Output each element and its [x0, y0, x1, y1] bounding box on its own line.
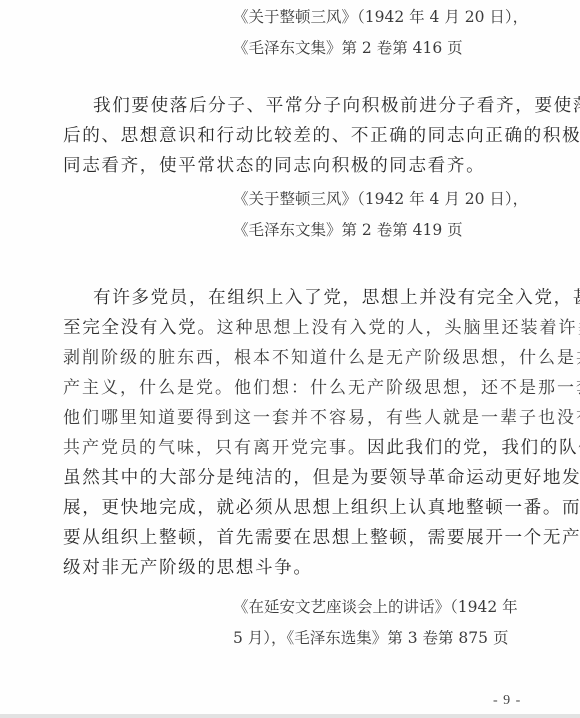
citation-block: 《在延安文艺座谈会上的讲话》（1942 年 5 月），《毛泽东选集》第 3 卷第…	[233, 592, 553, 654]
citation-block: 《关于整顿三风》（1942 年 4 月 20 日）， 《毛泽东文集》第 2 卷第…	[233, 2, 553, 64]
paragraph-segment: 这种思想上没有入党的人，头脑里还装着许多	[217, 318, 580, 338]
page-number: - 9 -	[493, 693, 521, 709]
paragraph-segment: 因此我们的党，我们的队伍，	[367, 438, 580, 458]
body-paragraph: 有许多党员，在组织上入了党，思想上并没有完全入党，甚 至完全没有入党。这种思想上…	[63, 283, 525, 583]
paragraph-line: 共产党员的气味，只有离开党完事。因此我们的党，我们的队伍，	[63, 433, 525, 463]
citation-line: 《关于整顿三风》（1942 年 4 月 20 日），	[233, 2, 553, 33]
paragraph-line: 我们要使落后分子、平常分子向积极前进分子看齐，要使落	[63, 91, 525, 121]
paragraph-segment: 共产党员的气味，只有离开党完事。	[63, 438, 367, 458]
paragraph-segment: 至完全没有入党。	[63, 318, 217, 338]
paragraph-line: 有许多党员，在组织上入了党，思想上并没有完全入党，甚	[63, 283, 525, 313]
paragraph-line: 剥削阶级的脏东西，根本不知道什么是无产阶级思想，什么是共	[63, 343, 525, 373]
paragraph-line: 展，更快地完成，就必须从思想上组织上认真地整顿一番。而为	[63, 493, 525, 523]
paragraph-line: 后的、思想意识和行动比较差的、不正确的同志向正确的积极的	[63, 121, 525, 151]
citation-line: 《毛泽东文集》第 2 卷第 419 页	[233, 215, 553, 246]
paragraph-line: 产主义，什么是党。他们想：什么无产阶级思想，还不是那一套？	[63, 373, 525, 403]
paragraph-line: 虽然其中的大部分是纯洁的，但是为要领导革命运动更好地发	[63, 463, 525, 493]
citation-line: 《在延安文艺座谈会上的讲话》（1942 年	[233, 592, 553, 623]
citation-line: 5 月），《毛泽东选集》第 3 卷第 875 页	[233, 623, 553, 654]
document-page: 《关于整顿三风》（1942 年 4 月 20 日）， 《毛泽东文集》第 2 卷第…	[0, 0, 580, 714]
page-bottom-edge	[0, 714, 580, 718]
citation-line: 《毛泽东文集》第 2 卷第 416 页	[233, 33, 553, 64]
citation-block: 《关于整顿三风》（1942 年 4 月 20 日）， 《毛泽东文集》第 2 卷第…	[233, 184, 553, 246]
citation-line: 《关于整顿三风》（1942 年 4 月 20 日），	[233, 184, 553, 215]
body-paragraph: 我们要使落后分子、平常分子向积极前进分子看齐，要使落 后的、思想意识和行动比较差…	[63, 91, 525, 181]
paragraph-line: 要从组织上整顿，首先需要在思想上整顿，需要展开一个无产阶	[63, 523, 525, 553]
paragraph-line: 他们哪里知道要得到这一套并不容易，有些人就是一辈子也没有	[63, 403, 525, 433]
paragraph-line: 级对非无产阶级的思想斗争。	[63, 553, 525, 583]
paragraph-line: 至完全没有入党。这种思想上没有入党的人，头脑里还装着许多	[63, 313, 525, 343]
paragraph-line: 同志看齐，使平常状态的同志向积极的同志看齐。	[63, 151, 525, 181]
